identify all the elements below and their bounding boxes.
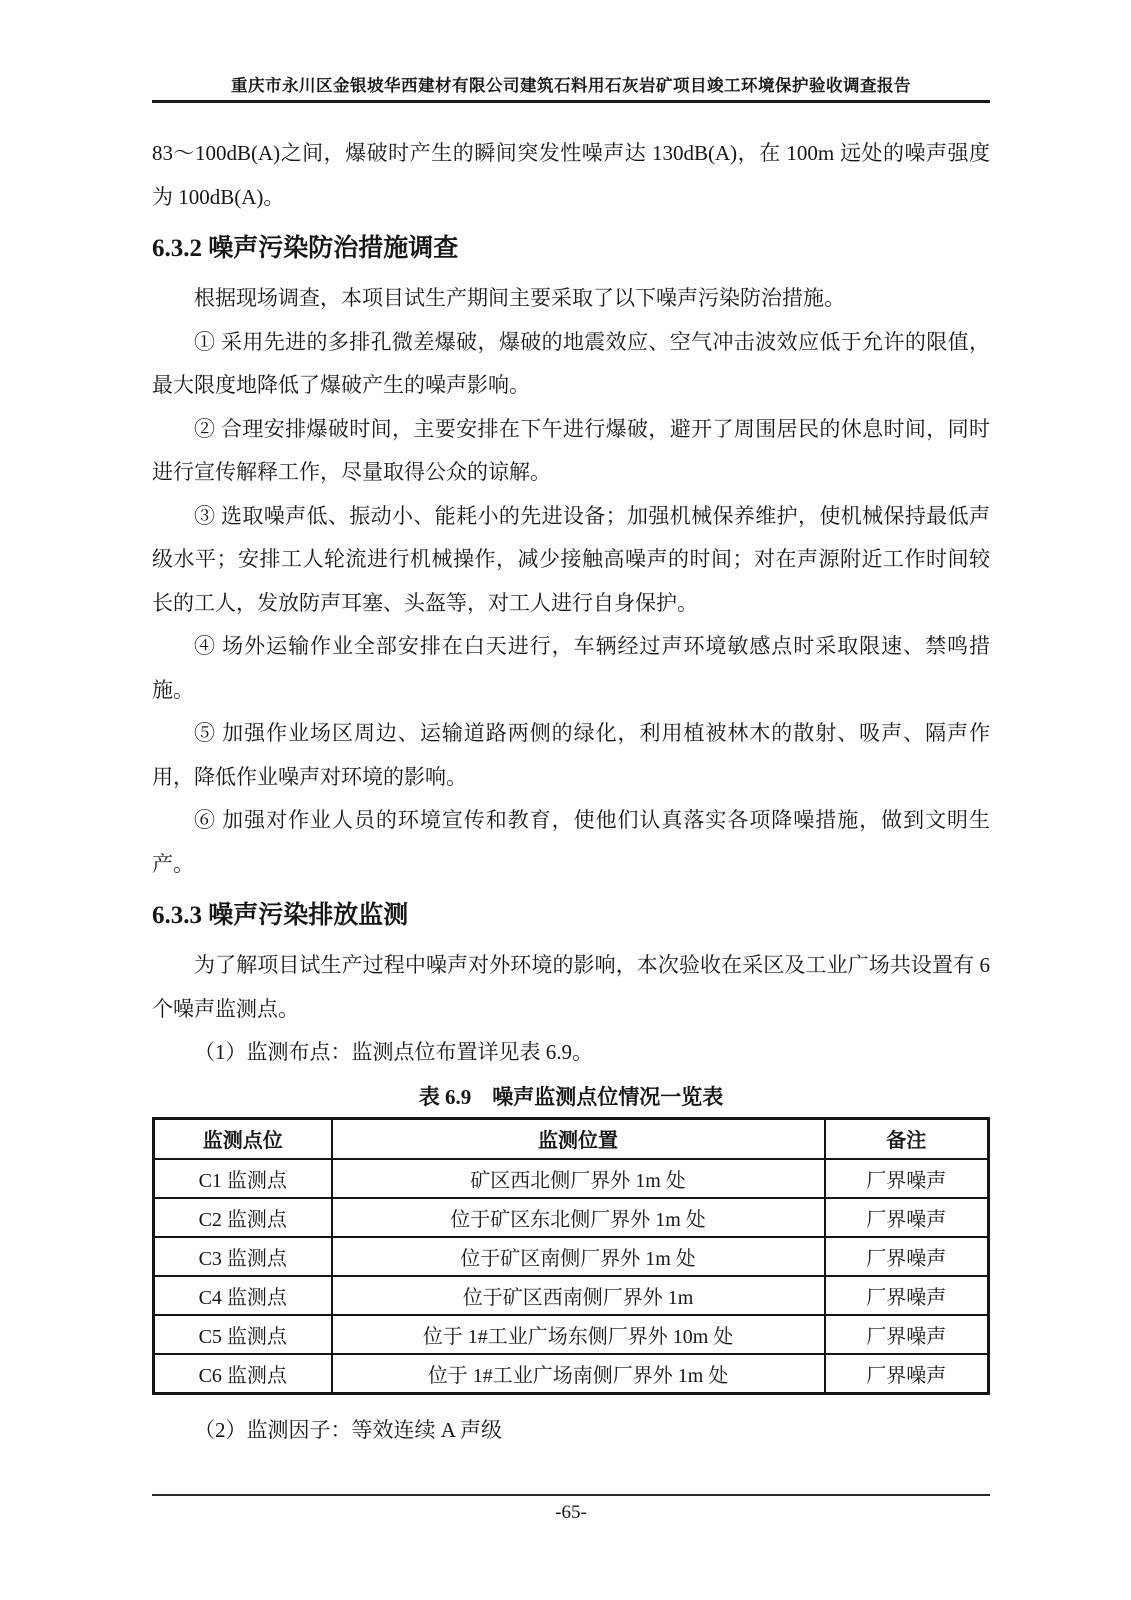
document-header: 重庆市永川区金银坡华西建材有限公司建筑石料用石灰岩矿项目竣工环境保护验收调查报告 xyxy=(152,72,990,96)
measure-item-3: ③ 选取噪声低、振动小、能耗小的先进设备；加强机械保养维护，使机械保持最低声级水… xyxy=(152,495,990,626)
header-title: 重庆市永川区金银坡华西建材有限公司建筑石料用石灰岩矿项目竣工环境保护验收调查报告 xyxy=(231,76,911,95)
cell-point: C1 监测点 xyxy=(154,1159,332,1198)
table-row: C3 监测点 位于矿区南侧厂界外 1m 处 厂界噪声 xyxy=(154,1237,989,1276)
footer-rule xyxy=(152,1494,990,1496)
measure-item-4: ④ 场外运输作业全部安排在白天进行，车辆经过声环境敏感点时采取限速、禁鸣措施。 xyxy=(152,625,990,712)
page-number: -65- xyxy=(152,1498,990,1528)
cell-point: C2 监测点 xyxy=(154,1198,332,1237)
cell-remark: 厂界噪声 xyxy=(825,1237,989,1276)
table-row: C5 监测点 位于 1#工业广场东侧厂界外 10m 处 厂界噪声 xyxy=(154,1315,989,1354)
paragraph-noise-levels: 83～100dB(A)之间，爆破时产生的瞬间突发性噪声达 130dB(A)，在 … xyxy=(152,132,990,219)
cell-point: C5 监测点 xyxy=(154,1315,332,1354)
measure-item-5: ⑤ 加强作业场区周边、运输道路两侧的绿化，利用植被林木的散射、吸声、隔声作用，降… xyxy=(152,712,990,799)
paragraph-monitoring-points: （1）监测布点：监测点位布置详见表 6.9。 xyxy=(152,1031,990,1075)
table-row: C2 监测点 位于矿区东北侧厂界外 1m 处 厂界噪声 xyxy=(154,1198,989,1237)
cell-point: C3 监测点 xyxy=(154,1237,332,1276)
cell-remark: 厂界噪声 xyxy=(825,1354,989,1394)
paragraph-monitoring-factor: （2）监测因子：等效连续 A 声级 xyxy=(152,1409,990,1453)
table-row: C6 监测点 位于 1#工业广场南侧厂界外 1m 处 厂界噪声 xyxy=(154,1354,989,1394)
cell-location: 位于矿区南侧厂界外 1m 处 xyxy=(332,1237,825,1276)
document-page: 重庆市永川区金银坡华西建材有限公司建筑石料用石灰岩矿项目竣工环境保护验收调查报告… xyxy=(0,0,1131,1600)
cell-location: 位于 1#工业广场东侧厂界外 10m 处 xyxy=(332,1315,825,1354)
paragraph-632-lead: 根据现场调查，本项目试生产期间主要采取了以下噪声污染防治措施。 xyxy=(152,277,990,321)
table-row: C1 监测点 矿区西北侧厂界外 1m 处 厂界噪声 xyxy=(154,1159,989,1198)
measure-item-2: ② 合理安排爆破时间，主要安排在下午进行爆破，避开了周围居民的休息时间，同时进行… xyxy=(152,408,990,495)
table-row: C4 监测点 位于矿区西南侧厂界外 1m 厂界噪声 xyxy=(154,1276,989,1315)
table-header-remark: 备注 xyxy=(825,1118,989,1159)
cell-point: C6 监测点 xyxy=(154,1354,332,1394)
table-caption: 表 6.9 噪声监测点位情况一览表 xyxy=(152,1077,990,1117)
header-rule xyxy=(152,100,990,103)
cell-remark: 厂界噪声 xyxy=(825,1159,989,1198)
cell-location: 矿区西北侧厂界外 1m 处 xyxy=(332,1159,825,1198)
cell-remark: 厂界噪声 xyxy=(825,1276,989,1315)
cell-location: 位于矿区西南侧厂界外 1m xyxy=(332,1276,825,1315)
section-heading-6-3-3: 6.3.3 噪声污染排放监测 xyxy=(152,894,990,938)
cell-remark: 厂界噪声 xyxy=(825,1315,989,1354)
cell-remark: 厂界噪声 xyxy=(825,1198,989,1237)
paragraph-633-lead: 为了解项目试生产过程中噪声对外环境的影响，本次验收在采区及工业广场共设置有 6 … xyxy=(152,944,990,1031)
noise-monitoring-table: 监测点位 监测位置 备注 C1 监测点 矿区西北侧厂界外 1m 处 厂界噪声 C… xyxy=(152,1117,990,1395)
measure-item-6: ⑥ 加强对作业人员的环境宣传和教育，使他们认真落实各项降噪措施，做到文明生产。 xyxy=(152,799,990,886)
cell-location: 位于矿区东北侧厂界外 1m 处 xyxy=(332,1198,825,1237)
section-heading-6-3-2: 6.3.2 噪声污染防治措施调查 xyxy=(152,227,990,271)
cell-location: 位于 1#工业广场南侧厂界外 1m 处 xyxy=(332,1354,825,1394)
measure-item-1: ① 采用先进的多排孔微差爆破，爆破的地震效应、空气冲击波效应低于允许的限值，最大… xyxy=(152,321,990,408)
table-header-point: 监测点位 xyxy=(154,1118,332,1159)
document-body: 83～100dB(A)之间，爆破时产生的瞬间突发性噪声达 130dB(A)，在 … xyxy=(152,132,990,1452)
table-header-row: 监测点位 监测位置 备注 xyxy=(154,1118,989,1159)
table-header-location: 监测位置 xyxy=(332,1118,825,1159)
cell-point: C4 监测点 xyxy=(154,1276,332,1315)
